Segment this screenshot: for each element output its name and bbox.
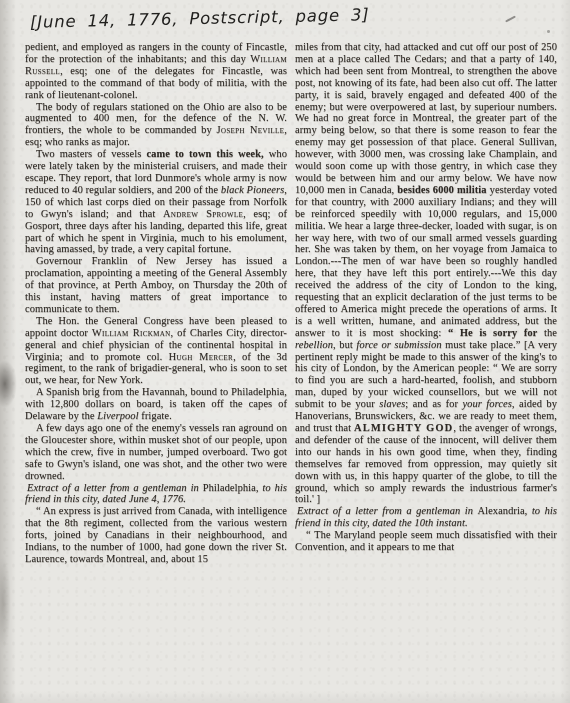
letter-heading-philadelphia: Extract of a letter from a gentleman in … bbox=[25, 483, 287, 507]
letter-body-alexandria: “ The Maryland people seem much dissatis… bbox=[295, 530, 557, 554]
letter-body-philadelphia-continued: miles from that city, had attacked and c… bbox=[295, 42, 557, 506]
paragraph-ohio-regulars: The body of regulars stationed on the Oh… bbox=[25, 102, 287, 150]
letter-heading-alexandria: Extract of a letter from a gentleman in … bbox=[295, 506, 557, 530]
paragraph-spanish-brig: A Spanish brig from the Havannah, bound … bbox=[25, 387, 287, 423]
right-column: miles from that city, had attacked and c… bbox=[295, 42, 557, 566]
newspaper-page-scan: [June 14, 1776, Postscript, page 3] pedi… bbox=[0, 0, 570, 703]
paragraph-militia-rangers: pedient, and employed as rangers in the … bbox=[25, 42, 287, 102]
left-column: pedient, and employed as rangers in the … bbox=[25, 42, 287, 566]
handwritten-annotation: [June 14, 1776, Postscript, page 3] bbox=[30, 5, 370, 32]
edge-smudge bbox=[0, 555, 11, 650]
letter-body-philadelphia: “ An express is just arrived from Canada… bbox=[25, 506, 287, 566]
paragraph-dunmore-report: Two masters of vessels came to town this… bbox=[25, 149, 287, 256]
paragraph-congress-appointments: The Hon. the General Congress have been … bbox=[25, 316, 287, 387]
paragraph-vessel-aground: A few days ago one of the enemy's vessel… bbox=[25, 423, 287, 483]
stray-ink-mark bbox=[505, 16, 516, 23]
ink-smudge bbox=[0, 360, 17, 408]
paragraph-governour-franklin: Governour Franklin of New Jersey has iss… bbox=[25, 256, 287, 316]
text-columns: pedient, and employed as rangers in the … bbox=[25, 42, 557, 566]
stray-ink-dot bbox=[547, 30, 550, 33]
